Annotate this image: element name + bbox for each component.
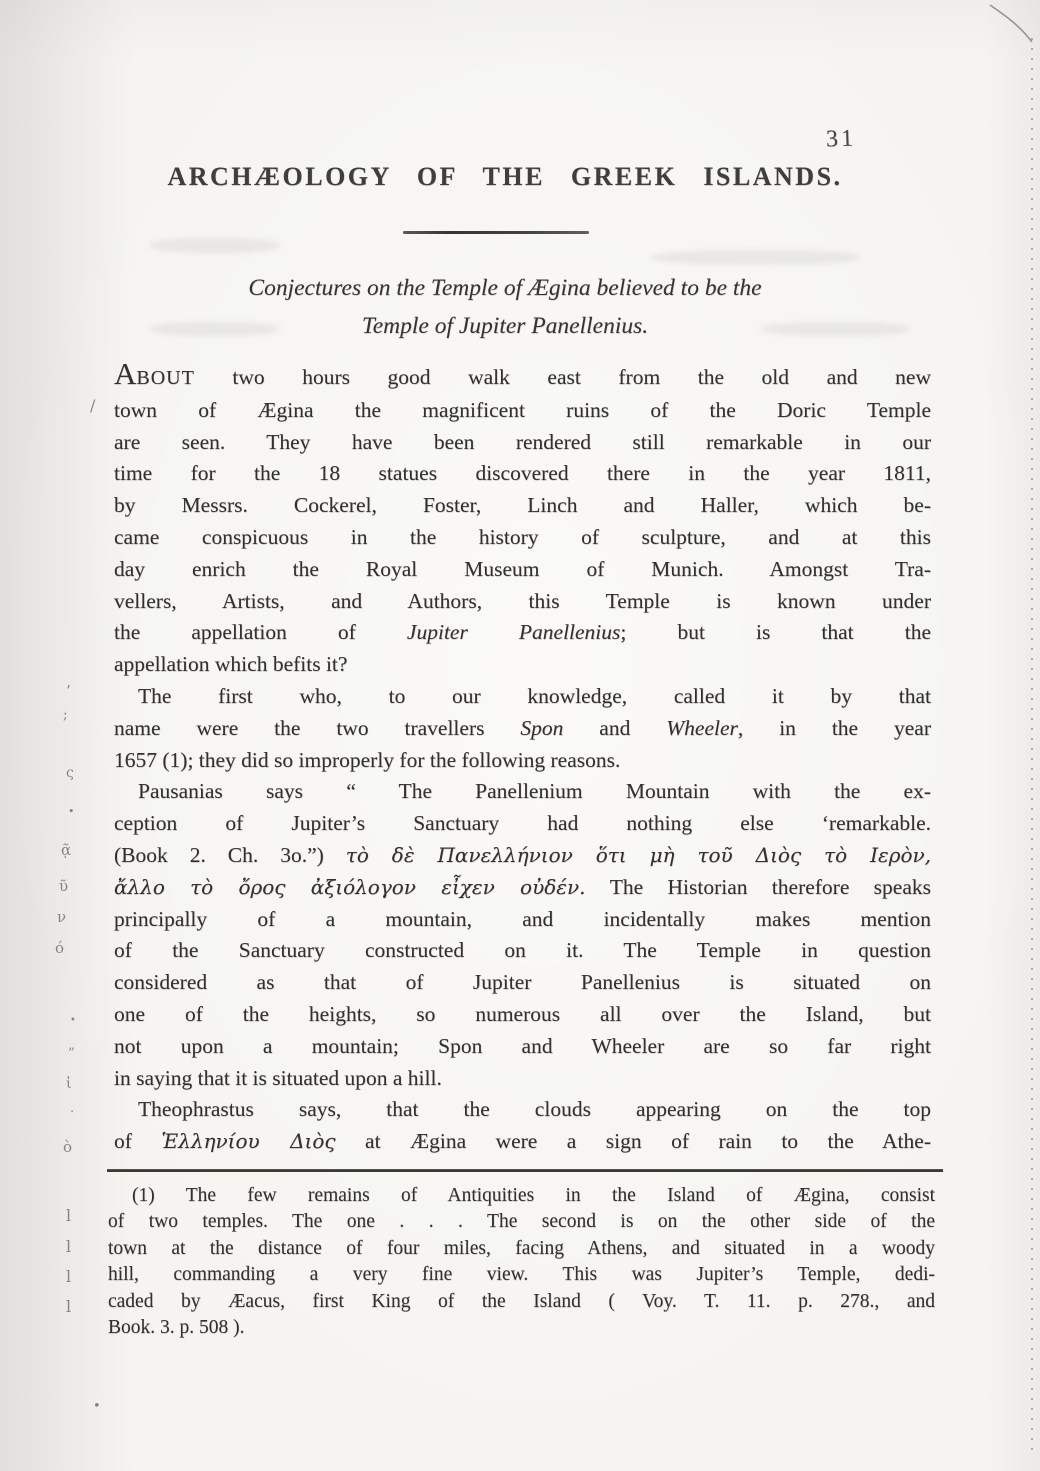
text-segment: two hours good walk east from the old an… [195,365,931,389]
text-line: in saying that it is situated upon a hil… [114,1063,931,1095]
text-line: town of Ægina the magnificent ruins of t… [114,395,931,427]
text-segment: Pausanias says “ The Panellenium Mountai… [138,779,931,803]
text-line: The first who, to our knowledge, called … [114,681,931,713]
text-line: 1657 (1); they did so improperly for the… [114,745,931,777]
text-segment: A [114,356,136,391]
greek-text: τὸ δὲ Πανελλήνιον ὅτι μὴ τοῦ Διὸς τὸ Ιερ… [346,843,931,867]
text-line: vellers, Artists, and Authors, this Temp… [114,586,931,618]
scan-smudge [150,322,280,336]
text-segment: considered as that of Jupiter Panelleniu… [114,970,931,994]
text-line: of Ἑλληνίου Διὸς at Ægina were a sign of… [114,1126,931,1158]
bleedthrough-mark: ᾷ [61,843,71,858]
footnote-text: (1) The few remains of Antiquities in th… [108,1183,935,1341]
text-segment: principally of a mountain, and incidenta… [114,907,931,931]
text-line: one of the heights, so numerous all over… [114,999,931,1031]
bleedthrough-mark: l [66,1239,71,1255]
text-segment: 1657 (1); they did so improperly for the… [114,748,620,772]
text-line: are seen. They have been rendered still … [114,427,931,459]
page-edge-dotted-line [1031,38,1033,1458]
text-line: (1) The few remains of Antiquities in th… [108,1183,935,1209]
body-text: ABOUT two hours good walk east from the … [114,358,931,1158]
bleedthrough-mark: l [66,1208,71,1224]
scan-smudge [150,238,280,253]
text-line: name were the two travellers Spon and Wh… [114,713,931,745]
bleedthrough-mark: • [93,1400,101,1413]
text-segment: (Book 2. Ch. 3o.”) [114,843,346,867]
text-segment: one of the heights, so numerous all over… [114,1002,931,1026]
text-segment: hill, commanding a very fine view. This … [108,1264,935,1285]
bleedthrough-mark: • [68,806,75,817]
text-line: by Messrs. Cockerel, Foster, Linch and H… [114,490,931,522]
italic-text: Jupiter Panellenius [407,620,620,644]
text-segment: came conspicuous in the history of sculp… [114,525,931,549]
bleedthrough-mark: ῦ [59,879,68,894]
text-line: town at the distance of four miles, faci… [108,1236,935,1262]
text-line: came conspicuous in the history of sculp… [114,522,931,554]
text-segment: town of Ægina the magnificent ruins of t… [114,398,931,422]
text-line: Book. 3. p. 508 ). [108,1315,935,1341]
text-line: hill, commanding a very fine view. This … [108,1262,935,1288]
book-page-scan: 31 ARCHÆOLOGY OF THE GREEK ISLANDS. Conj… [0,0,1040,1471]
bleedthrough-mark: l [66,1269,71,1285]
bleedthrough-mark: ἰ [66,1077,72,1091]
bleedthrough-mark: ” [68,1047,75,1060]
text-line: the appellation of Jupiter Panellenius; … [114,617,931,649]
subtitle-line: Conjectures on the Temple of Ægina belie… [96,270,914,308]
bleedthrough-mark: ‧ [70,1106,74,1119]
text-segment: The Historian therefore speaks [585,875,931,899]
text-line: day enrich the Royal Museum of Munich. A… [114,554,931,586]
text-segment: day enrich the Royal Museum of Munich. A… [114,557,931,581]
text-segment: Book. 3. p. 508 ). [108,1317,245,1338]
text-line: not upon a mountain; Spon and Wheeler ar… [114,1031,931,1063]
text-segment: caded by Æacus, first King of the Island… [108,1291,935,1312]
text-segment: by Messrs. Cockerel, Foster, Linch and H… [114,493,931,517]
text-line: considered as that of Jupiter Panelleniu… [114,967,931,999]
bleedthrough-mark: • [70,1016,76,1026]
text-segment: the appellation of [114,620,407,644]
text-segment: BOUT [136,367,194,389]
text-segment: of [114,1129,161,1153]
text-line: time for the 18 statues discovered there… [114,458,931,490]
text-segment: are seen. They have been rendered still … [114,430,931,454]
bleedthrough-mark: ’ [66,684,71,699]
page-title: ARCHÆOLOGY OF THE GREEK ISLANDS. [96,162,914,192]
bleedthrough-mark: ό [55,941,64,956]
text-segment: of two temples. The one . . . The second… [108,1211,935,1232]
scan-smudge [650,250,860,265]
bleedthrough-mark: ; [63,708,68,722]
bleedthrough-mark: / [90,398,95,414]
footnote-divider-rule [107,1169,943,1172]
header-divider-rule [403,231,589,234]
scan-smudge [760,322,910,336]
text-segment: Theophrastus says, that the clouds appea… [138,1097,931,1121]
text-line: ception of Jupiter’s Sanctuary had nothi… [114,808,931,840]
text-segment: town at the distance of four miles, faci… [108,1238,935,1259]
bleedthrough-mark: l [66,1299,71,1315]
bleedthrough-mark: ὸ [63,1140,72,1155]
text-segment: The first who, to our knowledge, called … [138,684,931,708]
text-line: principally of a mountain, and incidenta… [114,904,931,936]
text-segment: and [563,716,666,740]
italic-text: Wheeler [666,716,738,740]
page-number: 31 [826,125,857,153]
text-line: ABOUT two hours good walk east from the … [114,358,931,395]
text-line: (Book 2. Ch. 3o.”) τὸ δὲ Πανελλήνιον ὅτι… [114,840,931,872]
text-segment: of the Sanctuary constructed on it. The … [114,938,931,962]
text-segment: at Ægina were a sign of rain to the Athe… [336,1129,931,1153]
text-line: Pausanias says “ The Panellenium Mountai… [114,776,931,808]
text-line: appellation which befits it? [114,649,931,681]
text-segment: ception of Jupiter’s Sanctuary had nothi… [114,811,931,835]
greek-text: Ἑλληνίου Διὸς [161,1129,335,1153]
text-line: of two temples. The one . . . The second… [108,1209,935,1235]
bleedthrough-mark: ν [57,910,66,925]
text-segment: , in the year [738,716,931,740]
text-segment: in saying that it is situated upon a hil… [114,1066,442,1090]
text-segment: vellers, Artists, and Authors, this Temp… [114,589,931,613]
text-segment: name were the two travellers [114,716,520,740]
text-segment: not upon a mountain; Spon and Wheeler ar… [114,1034,931,1058]
text-line: Theophrastus says, that the clouds appea… [114,1094,931,1126]
text-segment: ; but is that the [620,620,931,644]
text-segment: time for the 18 statues discovered there… [114,461,931,485]
text-line: ἄλλο τὸ ὄρος ἀξιόλογον εἶχεν οὐδέν. The … [114,872,931,904]
italic-text: Spon [520,716,563,740]
bleedthrough-mark: ς [66,766,74,780]
text-segment: (1) The few remains of Antiquities in th… [132,1185,935,1206]
text-line: of the Sanctuary constructed on it. The … [114,935,931,967]
text-line: caded by Æacus, first King of the Island… [108,1289,935,1315]
greek-text: ἄλλο τὸ ὄρος ἀξιόλογον εἶχεν οὐδέν. [114,875,585,899]
text-segment: appellation which befits it? [114,652,347,676]
